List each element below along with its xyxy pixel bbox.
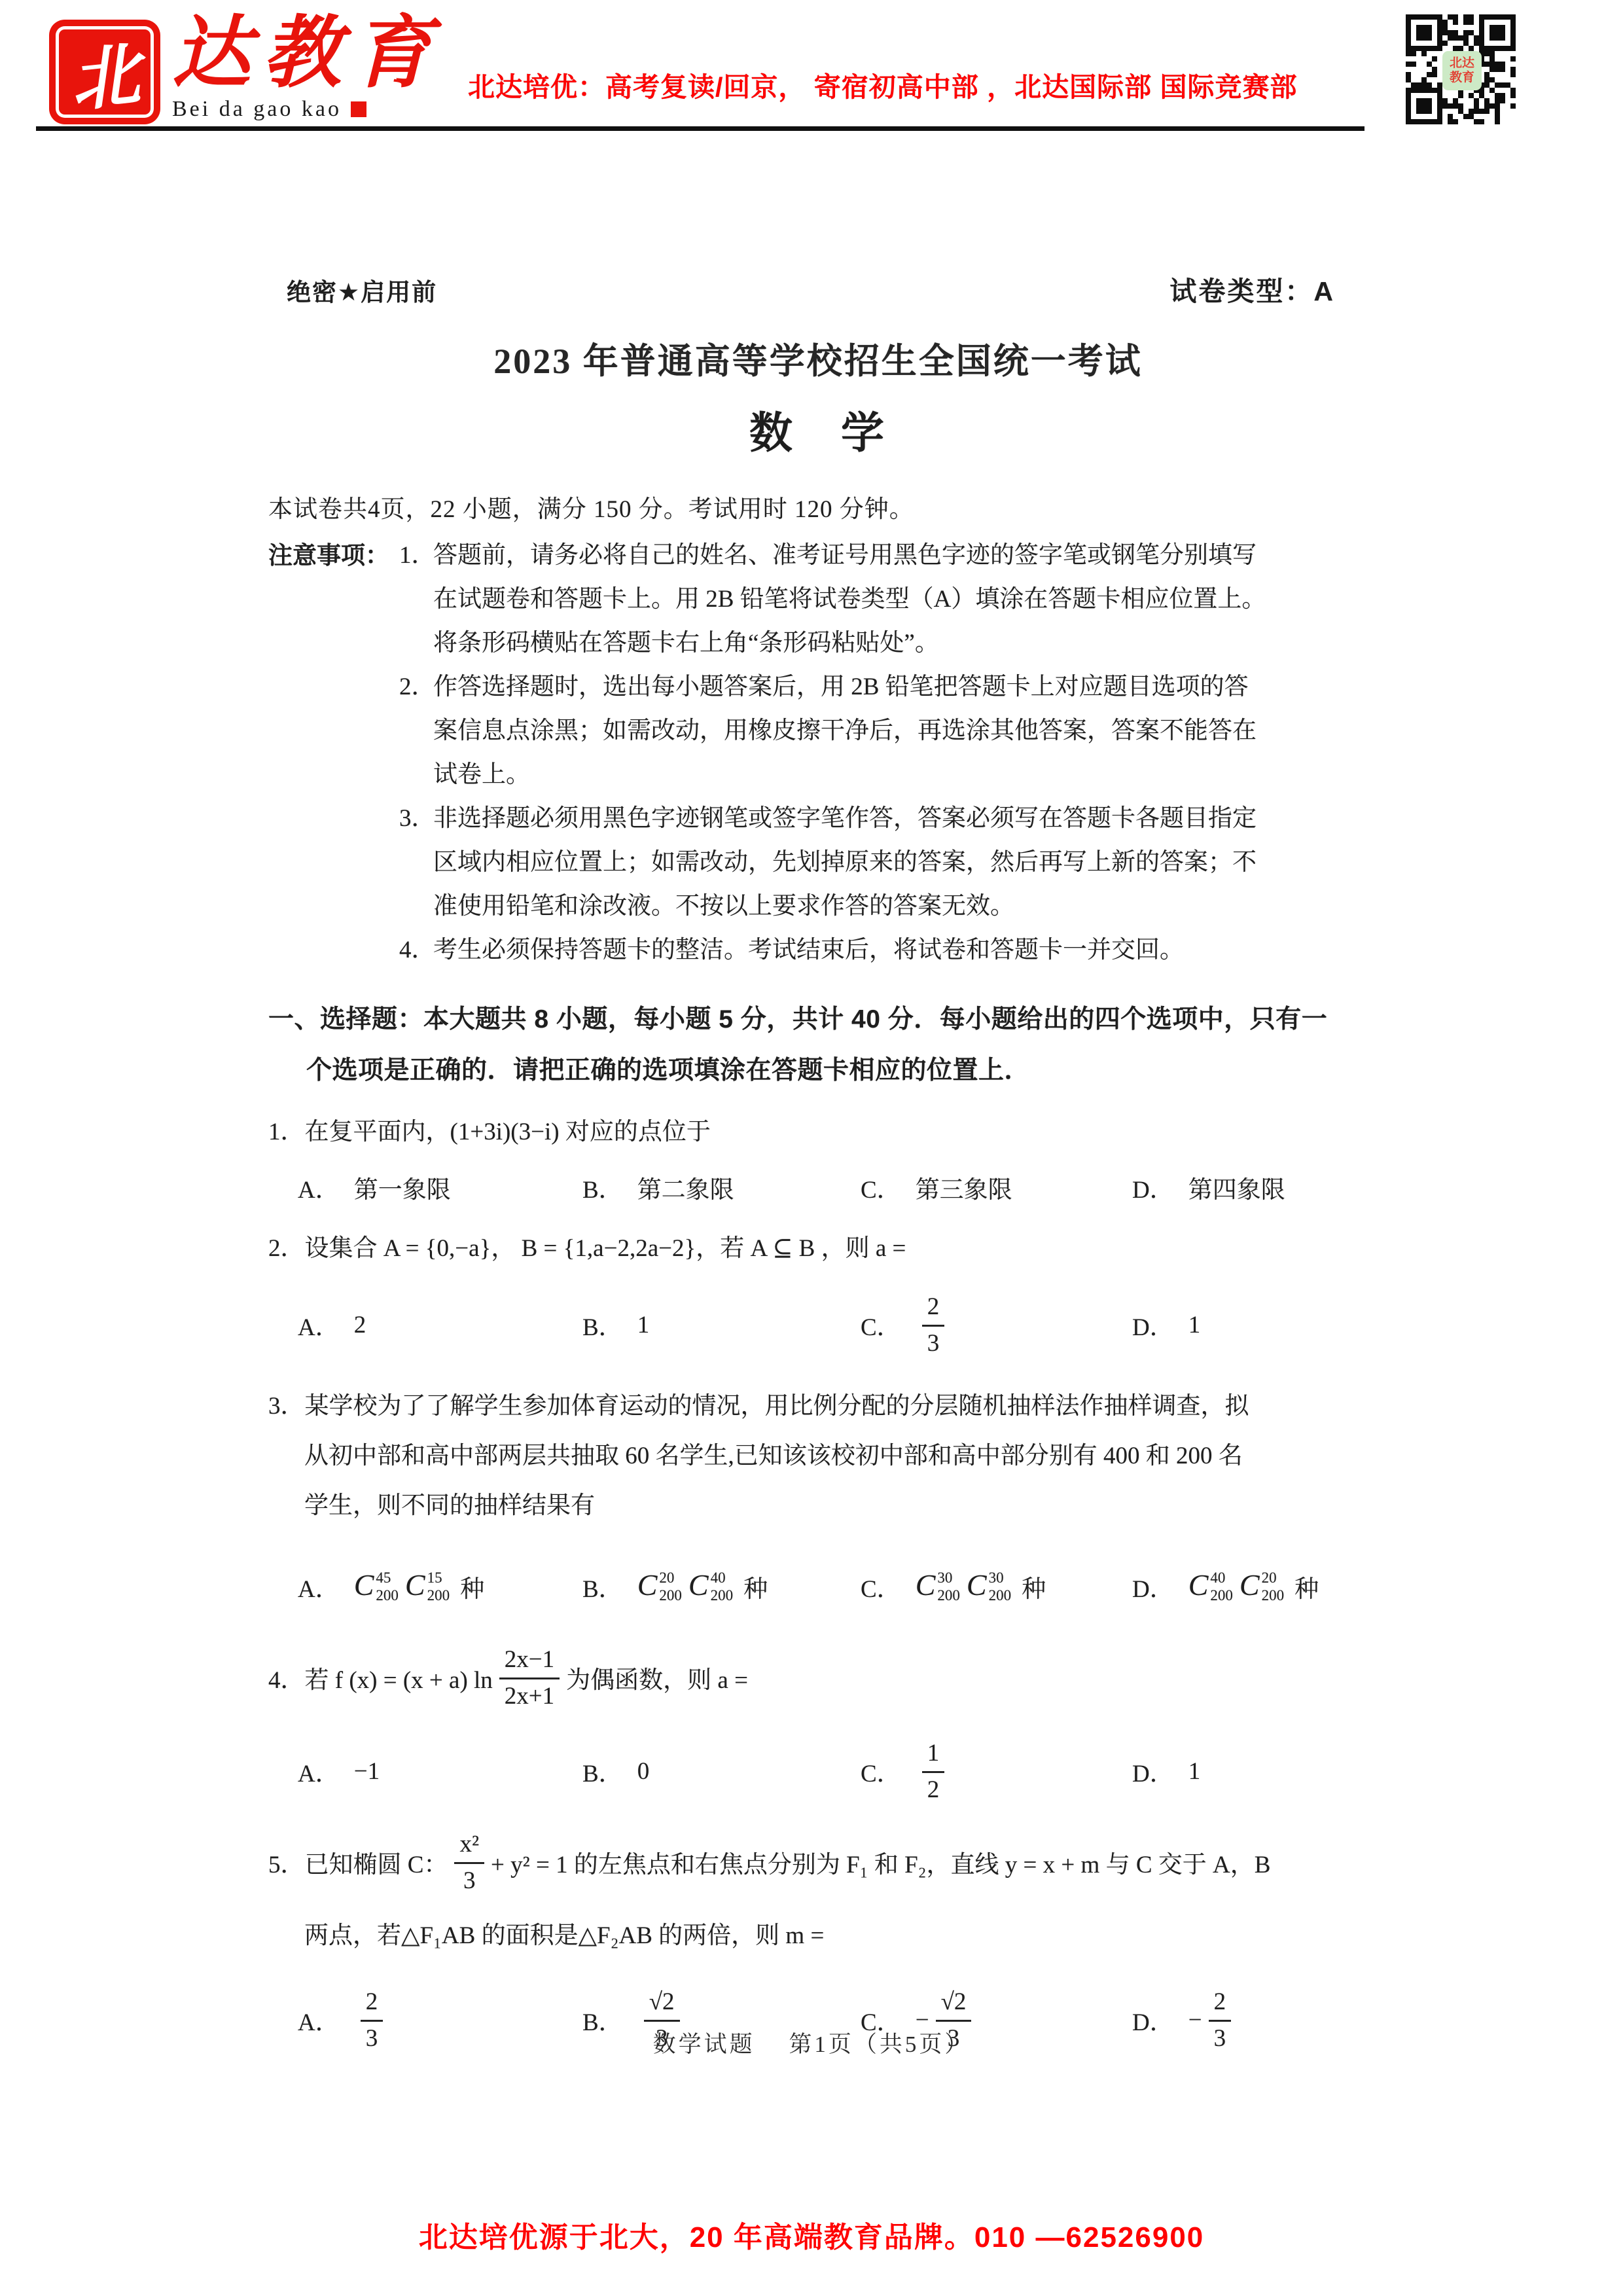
seal-character: 北 [65, 19, 144, 124]
combination-symbol: C [916, 1570, 936, 1600]
option-letter: D． [1132, 1569, 1174, 1604]
paper-content: 绝密★启用前 试卷类型：A 2023 年普通高等学校招生全国统一考试 数 学 本… [268, 0, 1368, 2069]
combination: C40200 [1188, 1570, 1233, 1603]
combination: C45200 [354, 1570, 399, 1603]
combination-subscript: 200 [711, 1588, 734, 1603]
option-text: 2 [354, 1311, 366, 1339]
qr-label-bottom: 教育 [1450, 71, 1474, 85]
combination-subscript: 200 [1210, 1588, 1233, 1603]
option: C． 2 3 [861, 1293, 1132, 1357]
stem-text: 为偶函数，则 a = [566, 1660, 748, 1695]
note-line: 答题前，请务必将自己的姓名、准考证号用黑色字迹的签字笔或钢笔分别填写 [433, 533, 1266, 577]
section-heading-line1: 一、选择题：本大题共 8 小题，每小题 5 分，共计 40 分．每小题给出的四个… [268, 994, 1368, 1045]
qr-center-label: 北达 教育 [1442, 51, 1482, 90]
option-letter: C． [861, 1569, 901, 1604]
option-letter: C． [861, 1170, 901, 1205]
option: A． C45200 C15200 种 [298, 1569, 582, 1604]
exam-page: 北 达教育 Bei da gao kao 北达培优：高考复读/回京， 寄宿初高中… [0, 0, 1623, 2296]
option: A． −1 [298, 1753, 582, 1789]
question-1: 1．在复平面内，(1+3i)(3−i) 对应的点位于 A． 第一象限 B． 第二… [268, 1112, 1368, 1208]
note-line: 考生必须保持答题卡的整洁。考试结束后，将试卷和答题卡一并交回。 [433, 928, 1368, 972]
note-line: 作答选择题时，选出每小题答案后，用 2B 铅笔把答题卡上对应题目选项的答 [433, 665, 1368, 709]
question-stem: 1．在复平面内，(1+3i)(3−i) 对应的点位于 [268, 1112, 1368, 1153]
option-text: 第一象限 [354, 1170, 451, 1205]
options-row: A． 第一象限 B． 第二象限 C． 第三象限 D． 第四象限 [268, 1167, 1368, 1208]
question-3: 3．某学校为了了解学生参加体育运动的情况，用比例分配的分层随机抽样法作抽样调查，… [268, 1382, 1368, 1628]
question-stem: 3．某学校为了了解学生参加体育运动的情况，用比例分配的分层随机抽样法作抽样调查，… [268, 1382, 1368, 1531]
question-stem: 5．已知椭圆 C： x² 3 + y² = 1 的左焦点和右焦点分别为 F₁ 和… [268, 1824, 1368, 1900]
option: D． 第四象限 [1132, 1170, 1368, 1205]
option: B． 第二象限 [582, 1170, 861, 1205]
paper-summary: 本试卷共4页，22 小题，满分 150 分。考试用时 120 分钟。 [268, 489, 1368, 524]
fraction: 1 2 [922, 1740, 945, 1803]
option: B． C20200 C40200 种 [582, 1569, 861, 1604]
options-row: A． 2 B． 1 C． 2 3 D． 1 [268, 1283, 1368, 1366]
option-text: 1 [1188, 1311, 1201, 1339]
exam-title: 2023 年普通高等学校招生全国统一考试 [268, 333, 1368, 384]
note-line: 在试题卷和答题卡上。用 2B 铅笔将试卷类型（A）填涂在答题卡相应位置上。 [433, 577, 1266, 621]
fraction: 2x−1 2x+1 [499, 1646, 560, 1710]
combination-subscript: 200 [376, 1588, 399, 1603]
option-unit: 种 [743, 1569, 768, 1604]
note-number: 2． [399, 665, 433, 797]
option-unit: 种 [1022, 1569, 1046, 1604]
combination-subscript: 200 [1262, 1588, 1285, 1603]
combination: C30200 [967, 1570, 1011, 1603]
option-letter: D． [1132, 1307, 1174, 1342]
footer-page-label: 数学试题 第1页（共5页） [653, 2032, 971, 2057]
option-letter: A． [298, 1170, 340, 1205]
combination: C40200 [688, 1570, 733, 1603]
combination-subscript: 200 [659, 1588, 682, 1603]
option-text: 0 [637, 1757, 650, 1785]
note-1: 1． 答题前，请务必将自己的姓名、准考证号用黑色字迹的签字笔或钢笔分别填写 在试… [399, 533, 1266, 665]
stem-line: 从初中部和高中部两层共抽取 60 名学生,已知该该校初中部和高中部分别有 400… [268, 1431, 1368, 1481]
combination-superscript: 45 [376, 1570, 399, 1585]
options-row: A． C45200 C15200 种 B． C20200 C40200 种 C．… [268, 1545, 1368, 1628]
fraction-numerator: √2 [936, 1988, 972, 2022]
combination-superscript: 40 [1210, 1570, 1233, 1585]
fraction-denominator: 3 [454, 1864, 484, 1894]
note-3: 3． 非选择题必须用黑色字迹钢笔或签字笔作答，答案必须写在答题卡各题目指定 区域… [399, 797, 1368, 928]
option-letter: A． [298, 1569, 340, 1604]
combination-superscript: 15 [427, 1570, 450, 1585]
option-letter: B． [582, 1569, 623, 1604]
combination-subscript: 200 [427, 1588, 450, 1603]
option-text: 1 [637, 1311, 650, 1339]
note-body: 考生必须保持答题卡的整洁。考试结束后，将试卷和答题卡一并交回。 [433, 928, 1368, 972]
combination-superscript: 20 [659, 1570, 682, 1585]
combination-subscript: 200 [937, 1588, 960, 1603]
combination: C30200 [916, 1570, 960, 1603]
option-unit: 种 [1294, 1569, 1319, 1604]
combination-symbol: C [354, 1570, 374, 1600]
note-line: 区域内相应位置上；如需改动，先划掉原来的答案，然后再写上新的答案；不 [433, 840, 1368, 884]
fraction-denominator: 2 [922, 1773, 945, 1803]
fraction: 2 3 [922, 1293, 945, 1357]
option-letter: C． [861, 1753, 901, 1789]
combination-symbol: C [637, 1570, 658, 1600]
notice-block: 注意事项： 1． 答题前，请务必将自己的姓名、准考证号用黑色字迹的签字笔或钢笔分… [268, 533, 1368, 972]
secrecy-label: 绝密★启用前 [268, 272, 437, 308]
option: D． 1 [1132, 1307, 1368, 1342]
note-line: 案信息点涂黑；如需改动，用橡皮擦干净后，再选涂其他答案，答案不能答在 [433, 709, 1368, 753]
bottom-tagline: 北达培优源于北大，20 年高端教育品牌。010 —62526900 [0, 2214, 1623, 2255]
option-letter: B． [582, 1307, 623, 1342]
option: D． 1 [1132, 1753, 1368, 1789]
question-stem: 4．若 f (x) = (x + a) ln 2x−1 2x+1 为偶函数，则 … [268, 1640, 1368, 1715]
fraction-numerator: 2 [922, 1293, 945, 1327]
fraction-denominator: 2x+1 [499, 1679, 560, 1710]
option: A． 第一象限 [298, 1170, 582, 1205]
combination-symbol: C [1240, 1570, 1260, 1600]
question-stem: 2．设集合 A = {0,−a}， B = {1,a−2,2a−2}，若 A ⊆… [268, 1229, 1368, 1269]
option-text: 第二象限 [637, 1170, 734, 1205]
combination: C20200 [1240, 1570, 1284, 1603]
fraction-numerator: √2 [644, 1988, 680, 2022]
stem-line: 学生，则不同的抽样结果有 [268, 1481, 1368, 1531]
option-text: 1 [1188, 1757, 1201, 1785]
options-row: A． −1 B． 0 C． 1 2 D． 1 [268, 1730, 1368, 1812]
option-letter: B． [582, 1170, 623, 1205]
stem-line: 两点，若△F₁AB 的面积是△F₂AB 的两倍，则 m = [268, 1916, 1368, 1956]
option-unit: 种 [460, 1569, 484, 1604]
combination-subscript: 200 [989, 1588, 1012, 1603]
combination-symbol: C [405, 1570, 425, 1600]
pre-title-row: 绝密★启用前 试卷类型：A [268, 270, 1368, 308]
option: B． 0 [582, 1753, 861, 1789]
note-2: 2． 作答选择题时，选出每小题答案后，用 2B 铅笔把答题卡上对应题目选项的答 … [399, 665, 1368, 797]
option-letter: D． [1132, 1753, 1174, 1789]
note-number: 3． [399, 797, 433, 928]
notice-label: 注意事项： [268, 533, 399, 665]
note-line: 将条形码横贴在答题卡右上角“条形码粘贴处”。 [433, 621, 1266, 665]
question-4: 4．若 f (x) = (x + a) ln 2x−1 2x+1 为偶函数，则 … [268, 1640, 1368, 1812]
option-letter: C． [861, 1307, 901, 1342]
option-text: 第四象限 [1188, 1170, 1285, 1205]
note-number: 1． [399, 533, 433, 665]
paper-type-label: 试卷类型：A [1169, 270, 1368, 308]
combination-symbol: C [688, 1570, 709, 1600]
qr-code: 北达 教育 [1406, 14, 1518, 127]
question-2: 2．设集合 A = {0,−a}， B = {1,a−2,2a−2}，若 A ⊆… [268, 1229, 1368, 1366]
option: B． 1 [582, 1307, 861, 1342]
stem-text: 5．已知椭圆 C： [268, 1844, 448, 1880]
option: A． 2 [298, 1307, 582, 1342]
option: C． 1 2 [861, 1740, 1132, 1803]
combination-superscript: 20 [1262, 1570, 1285, 1585]
note-body: 作答选择题时，选出每小题答案后，用 2B 铅笔把答题卡上对应题目选项的答 案信息… [433, 665, 1368, 797]
option: C． 第三象限 [861, 1170, 1132, 1205]
section-heading-line2: 个选项是正确的．请把正确的选项填涂在答题卡相应的位置上． [268, 1045, 1368, 1096]
option-letter: A． [298, 1307, 340, 1342]
note-number: 4． [399, 928, 433, 972]
option-letter: A． [298, 1753, 340, 1789]
fraction-numerator: 1 [922, 1740, 945, 1773]
logo-seal: 北 [56, 26, 154, 118]
subject-title: 数 学 [268, 398, 1368, 460]
option: C． C30200 C30200 种 [861, 1569, 1132, 1604]
note-line: 准使用铅笔和涂改液。不按以上要求作答的答案无效。 [433, 884, 1368, 928]
combination-symbol: C [1188, 1570, 1209, 1600]
option-text: 第三象限 [916, 1170, 1012, 1205]
combination-superscript: 30 [937, 1570, 960, 1585]
option: D． C40200 C20200 种 [1132, 1569, 1368, 1604]
note-4: 4． 考生必须保持答题卡的整洁。考试结束后，将试卷和答题卡一并交回。 [399, 928, 1368, 972]
note-line: 非选择题必须用黑色字迹钢笔或签字笔作答，答案必须写在答题卡各题目指定 [433, 797, 1368, 840]
section-heading: 一、选择题：本大题共 8 小题，每小题 5 分，共计 40 分．每小题给出的四个… [268, 994, 1368, 1096]
fraction: x² 3 [454, 1831, 484, 1894]
combination-symbol: C [967, 1570, 987, 1600]
option-letter: B． [582, 1753, 623, 1789]
combination: C15200 [405, 1570, 450, 1603]
fraction-numerator: 2x−1 [499, 1646, 560, 1679]
notice-item: 注意事项： 1． 答题前，请务必将自己的姓名、准考证号用黑色字迹的签字笔或钢笔分… [268, 533, 1368, 665]
fraction-numerator: 2 [361, 1988, 383, 2022]
combination-superscript: 40 [711, 1570, 734, 1585]
fraction-numerator: x² [454, 1831, 484, 1864]
qr-label-top: 北达 [1450, 56, 1474, 71]
option-text: −1 [354, 1757, 380, 1785]
stem-line: 3．某学校为了了解学生参加体育运动的情况，用比例分配的分层随机抽样法作抽样调查，… [268, 1382, 1368, 1431]
note-line: 试卷上。 [433, 753, 1368, 797]
combination: C20200 [637, 1570, 682, 1603]
fraction-denominator: 3 [922, 1327, 945, 1357]
combination-superscript: 30 [989, 1570, 1012, 1585]
stem-text: + y² = 1 的左焦点和右焦点分别为 F₁ 和 F₂，直线 y = x + … [491, 1844, 1270, 1880]
note-body: 非选择题必须用黑色字迹钢笔或签字笔作答，答案必须写在答题卡各题目指定 区域内相应… [433, 797, 1368, 928]
note-body: 答题前，请务必将自己的姓名、准考证号用黑色字迹的签字笔或钢笔分别填写 在试题卷和… [433, 533, 1266, 665]
page-footer: 数学试题 第1页（共5页） [0, 2026, 1623, 2059]
stem-text: 4．若 f (x) = (x + a) ln [268, 1660, 493, 1695]
fraction-numerator: 2 [1209, 1988, 1232, 2022]
option-letter: D． [1132, 1170, 1174, 1205]
